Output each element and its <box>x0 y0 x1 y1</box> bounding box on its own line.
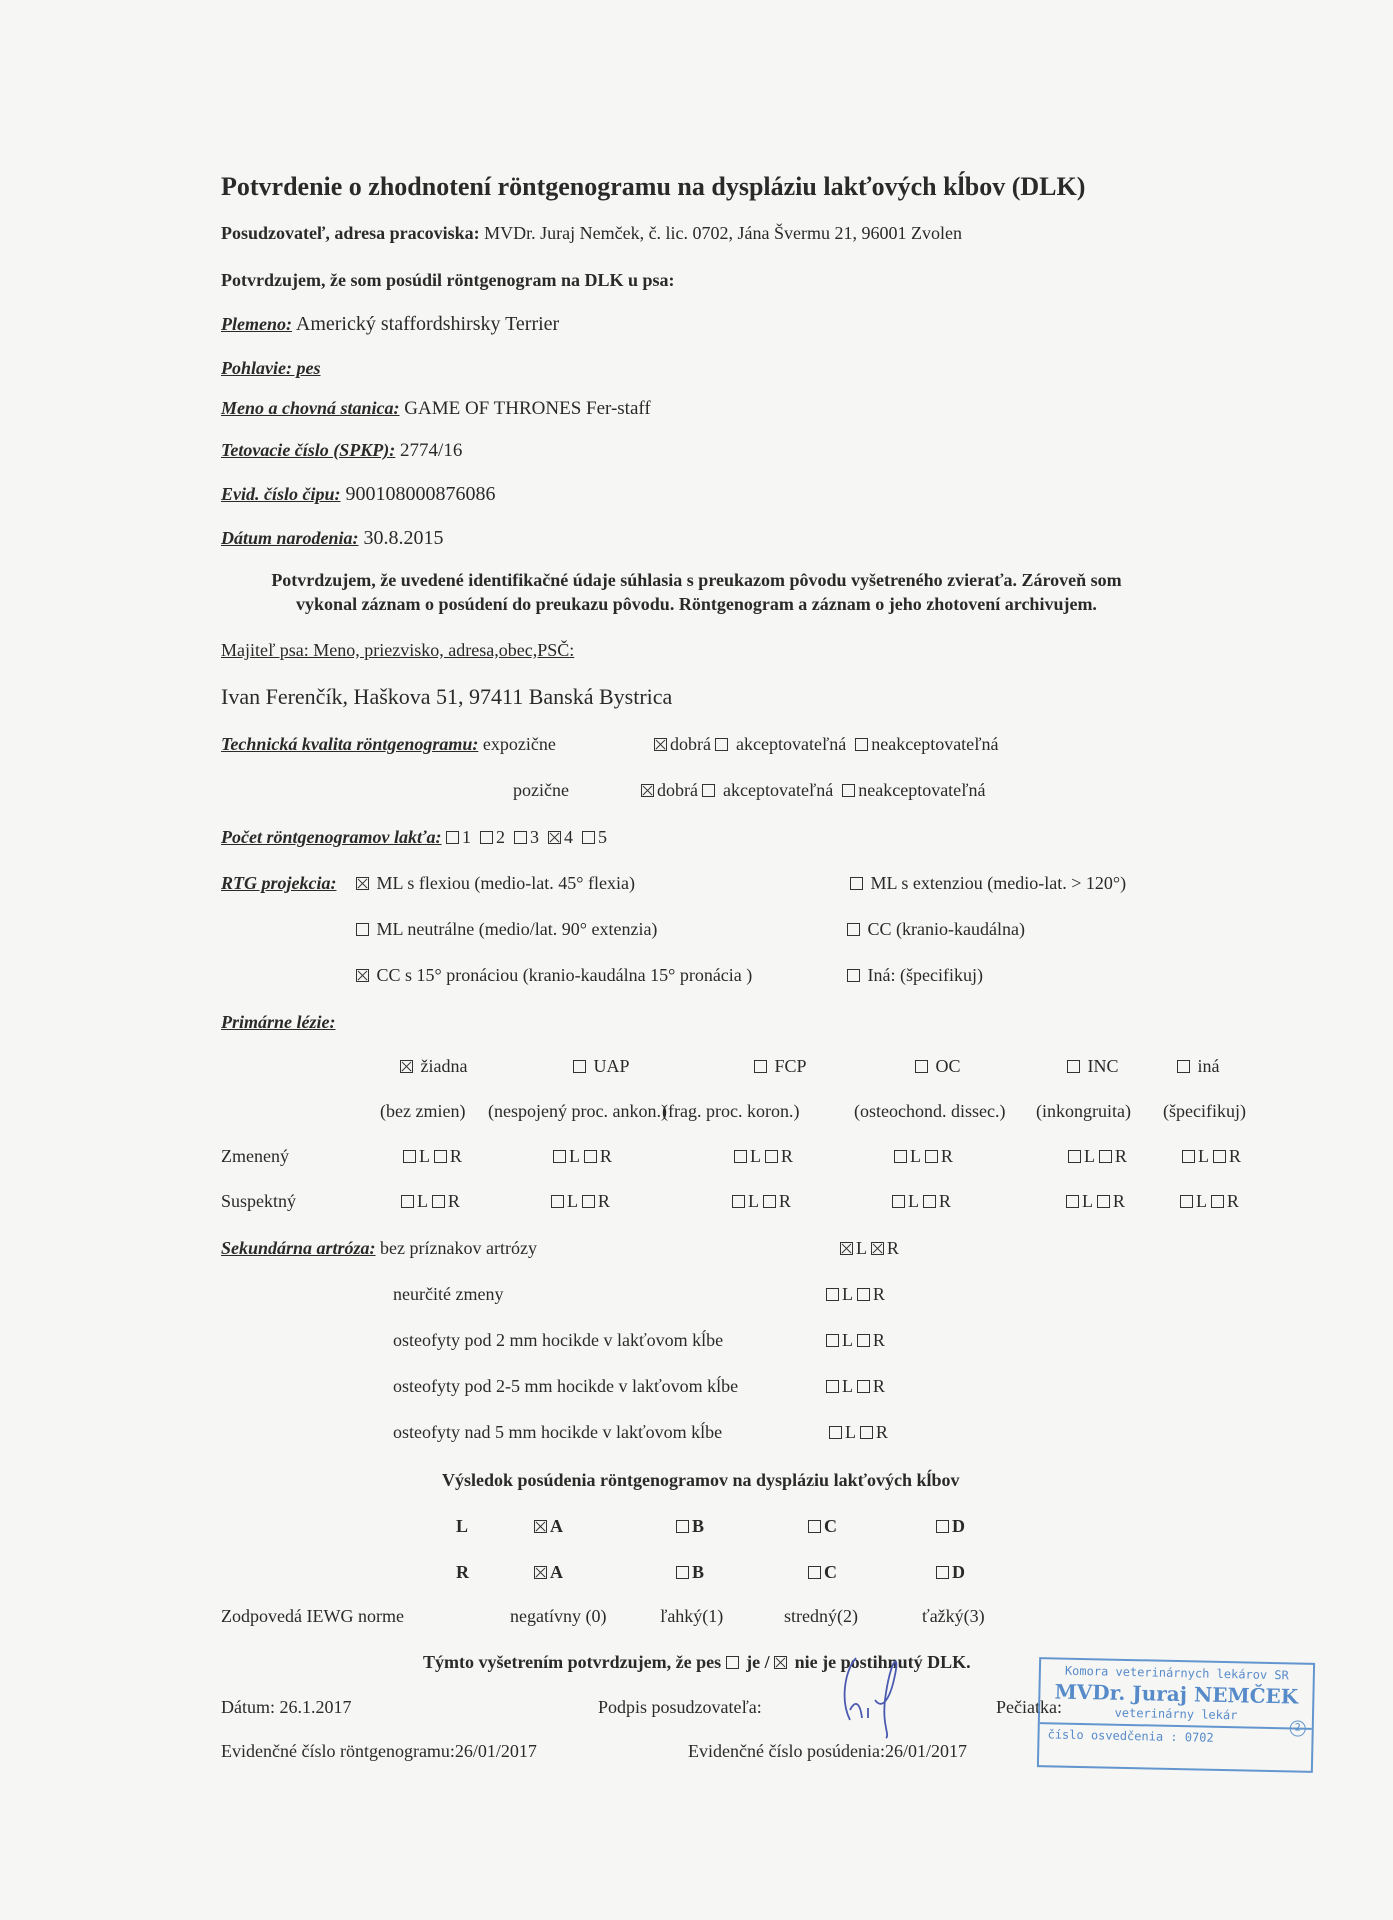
grade-label: B <box>692 1516 704 1536</box>
lesion-lr: L R <box>1180 1191 1239 1212</box>
checkbox-R[interactable] <box>860 1426 873 1439</box>
count-label-4: 4 <box>564 827 582 847</box>
grade-label: B <box>692 1562 704 1582</box>
R-label: R <box>450 1146 462 1166</box>
grade-checkbox-B[interactable] <box>676 1520 689 1533</box>
checkbox-R[interactable] <box>765 1150 778 1163</box>
checkbox-R[interactable] <box>432 1195 445 1208</box>
checkbox[interactable] <box>842 784 855 797</box>
checkbox-R[interactable] <box>857 1288 870 1301</box>
checkbox-R[interactable] <box>871 1242 884 1255</box>
grade-checkbox-A[interactable] <box>534 1520 547 1533</box>
lesions-label: Primárne lézie: <box>221 1012 336 1033</box>
arthrosis-row-label: osteofyty nad 5 mm hocikde v lakťovom kĺ… <box>393 1422 722 1443</box>
R-label: R <box>873 1330 885 1350</box>
R-label: R <box>873 1376 885 1396</box>
count-label-3: 3 <box>530 827 548 847</box>
lesion-lr: L R <box>551 1191 610 1212</box>
count-checkbox-5[interactable] <box>582 831 595 844</box>
lesion-checkbox[interactable] <box>915 1060 928 1073</box>
result-side: R <box>456 1562 469 1583</box>
L-label: L <box>1084 1146 1099 1166</box>
checkbox-L[interactable] <box>829 1426 842 1439</box>
checkbox-affected[interactable] <box>726 1656 739 1669</box>
lesion-option: OC <box>915 1056 961 1077</box>
confirm-intro: Potvrdzujem, že som posúdil röntgenogram… <box>221 270 675 291</box>
checkbox-R[interactable] <box>925 1150 938 1163</box>
checkbox-R[interactable] <box>1099 1150 1112 1163</box>
breed-value: Americký staffordshirsky Terrier <box>292 313 559 335</box>
checkbox-L[interactable] <box>894 1150 907 1163</box>
lesion-lr: L R <box>1182 1146 1241 1167</box>
grade-checkbox-B[interactable] <box>676 1566 689 1579</box>
lesion-lr: L R <box>892 1191 951 1212</box>
lesion-checkbox[interactable] <box>754 1060 767 1073</box>
checkbox[interactable] <box>847 969 860 982</box>
L-label: L <box>845 1422 860 1442</box>
checkbox-L[interactable] <box>1066 1195 1079 1208</box>
lesion-option: FCP <box>754 1056 807 1077</box>
checkbox[interactable] <box>654 738 667 751</box>
document-title: Potvrdenie o zhodnotení röntgenogramu na… <box>221 172 1085 202</box>
lesion-lr: L R <box>401 1191 460 1212</box>
projection-opt-right-1: CC (kranio-kaudálna) <box>847 919 1025 940</box>
lesion-label: iná <box>1193 1056 1220 1076</box>
result-grade: D <box>936 1516 965 1537</box>
count-checkbox-3[interactable] <box>514 831 527 844</box>
L-label: L <box>856 1238 871 1258</box>
date: Dátum: 26.1.2017 <box>221 1697 352 1718</box>
lesion-checkbox[interactable] <box>573 1060 586 1073</box>
iewg-grade: ľahký(1) <box>660 1606 723 1627</box>
result-grade: C <box>808 1562 837 1583</box>
grade-label: A <box>550 1562 563 1582</box>
count-label: Počet röntgenogramov lakťa: <box>221 827 442 847</box>
L-label: L <box>1196 1191 1211 1211</box>
R-label: R <box>779 1191 791 1211</box>
arthrosis-row-label: osteofyty pod 2 mm hocikde v lakťovom kĺ… <box>393 1330 723 1351</box>
checkbox-L[interactable] <box>553 1150 566 1163</box>
grade-checkbox-D[interactable] <box>936 1520 949 1533</box>
checkbox-L[interactable] <box>551 1195 564 1208</box>
evaluation-number: Evidenčné číslo posúdenia:26/01/2017 <box>688 1741 967 1762</box>
evaluator-label: Posudzovateľ, adresa pracoviska: <box>221 223 480 243</box>
dob-field: Dátum narodenia: 30.8.2015 <box>221 527 444 550</box>
lesion-desc: (nespojený proc. ankon.) <box>488 1101 667 1122</box>
lesion-desc: (špecifikuj) <box>1163 1101 1246 1122</box>
checkbox-R[interactable] <box>857 1380 870 1393</box>
checkbox[interactable] <box>356 923 369 936</box>
iewg-grade: ťažký(3) <box>922 1606 985 1627</box>
checkbox-L[interactable] <box>401 1195 414 1208</box>
name-label: Meno a chovná stanica: <box>221 398 400 418</box>
arthrosis-row-label: neurčité zmeny <box>393 1284 503 1305</box>
R-label: R <box>1115 1146 1127 1166</box>
checkbox-R[interactable] <box>434 1150 447 1163</box>
sex-label: Pohlavie: pes <box>221 358 320 378</box>
grade-checkbox-C[interactable] <box>808 1520 821 1533</box>
statement-line-2: vykonal záznam o posúdení do preukazu pô… <box>0 594 1393 615</box>
arthrosis-lr: L R <box>826 1376 885 1397</box>
quality-row-position: pozične <box>513 780 569 801</box>
lesion-lr: L R <box>894 1146 953 1167</box>
R-label: R <box>939 1191 951 1211</box>
result-title: Výsledok posúdenia röntgenogramov na dys… <box>442 1470 959 1491</box>
L-label: L <box>1198 1146 1213 1166</box>
checkbox-L[interactable] <box>840 1242 853 1255</box>
L-label: L <box>842 1284 857 1304</box>
projection-label: RTG projekcia: <box>221 873 336 894</box>
checkbox-R[interactable] <box>923 1195 936 1208</box>
checkbox-L[interactable] <box>403 1150 416 1163</box>
checkbox-R[interactable] <box>582 1195 595 1208</box>
L-label: L <box>910 1146 925 1166</box>
L-label: L <box>842 1376 857 1396</box>
L-label: L <box>908 1191 923 1211</box>
lesion-lr: L R <box>734 1146 793 1167</box>
R-label: R <box>1227 1191 1239 1211</box>
quality-options-exposure: dobrá akceptovateľná neakceptovateľná <box>654 734 998 755</box>
count-label-1: 1 <box>462 827 480 847</box>
arthrosis-label: Sekundárna artróza: bez príznakov artróz… <box>221 1238 537 1259</box>
lesion-option: INC <box>1067 1056 1119 1077</box>
projection-opt-left-2: CC s 15° pronáciou (kranio-kaudálna 15° … <box>356 965 752 986</box>
name-value: GAME OF THRONES Fer-staff <box>400 398 651 419</box>
result-grade: B <box>676 1516 704 1537</box>
checkbox[interactable] <box>702 784 715 797</box>
lesion-desc: (bez zmien) <box>380 1101 465 1122</box>
checkbox[interactable] <box>715 738 728 751</box>
lesion-lr: L R <box>403 1146 462 1167</box>
lesion-label: FCP <box>770 1056 807 1076</box>
veterinary-stamp: Komora veterinárnych lekárov SR MVDr. Ju… <box>1037 1657 1315 1773</box>
arthrosis-lr: L R <box>826 1330 885 1351</box>
evaluator-line: Posudzovateľ, adresa pracoviska: MVDr. J… <box>221 223 962 244</box>
lesion-label: žiadna <box>416 1056 467 1076</box>
quality-options-position: dobrá akceptovateľná neakceptovateľná <box>641 780 985 801</box>
projection-opt-right-0: ML s extenziou (medio-lat. > 120°) <box>850 873 1126 894</box>
lesion-lr: L R <box>553 1146 612 1167</box>
checkbox-R[interactable] <box>1213 1150 1226 1163</box>
lesion-checkbox[interactable] <box>1177 1060 1190 1073</box>
L-label: L <box>569 1146 584 1166</box>
checkbox-R[interactable] <box>1097 1195 1110 1208</box>
lesion-label: OC <box>931 1056 961 1076</box>
owner-value: Ivan Ferenčík, Haškova 51, 97411 Banská … <box>221 684 672 710</box>
grade-label: C <box>824 1516 837 1536</box>
quality-row-name: expozične <box>483 734 556 754</box>
projection-opt-left-1: ML neutrálne (medio/lat. 90° extenzia) <box>356 919 657 940</box>
statement-line-1: Potvrdzujem, že uvedené identifikačné úd… <box>0 570 1393 591</box>
count-label-5: 5 <box>598 827 616 847</box>
R-label: R <box>1113 1191 1125 1211</box>
R-label: R <box>598 1191 610 1211</box>
grade-label: C <box>824 1562 837 1582</box>
lesion-lr: L R <box>1066 1191 1125 1212</box>
grade-label: D <box>952 1516 965 1536</box>
L-label: L <box>750 1146 765 1166</box>
quality-label: Technická kvalita röntgenogramu: <box>221 734 478 754</box>
count-checkbox-4[interactable] <box>548 831 561 844</box>
lesion-option: UAP <box>573 1056 630 1077</box>
sex-field: Pohlavie: pes <box>221 358 320 379</box>
checkbox[interactable] <box>847 923 860 936</box>
lesion-label: INC <box>1083 1056 1119 1076</box>
checkbox[interactable] <box>850 877 863 890</box>
result-side: L <box>456 1516 468 1537</box>
projection-opt-right-2: Iná: (špecifikuj) <box>847 965 983 986</box>
result-grade: C <box>808 1516 837 1537</box>
dob-value: 30.8.2015 <box>359 527 444 549</box>
R-label: R <box>448 1191 460 1211</box>
tattoo-label: Tetovacie číslo (SPKP): <box>221 440 395 460</box>
chip-field: Evid. číslo čipu: 900108000876086 <box>221 483 496 506</box>
lesion-lr: L R <box>1068 1146 1127 1167</box>
grade-checkbox-C[interactable] <box>808 1566 821 1579</box>
lesion-option: iná <box>1177 1056 1220 1077</box>
arthrosis-lr: L R <box>826 1284 885 1305</box>
checkbox-L[interactable] <box>892 1195 905 1208</box>
R-label: R <box>876 1422 888 1442</box>
signature-label: Podpis posudzovateľa: <box>598 1697 762 1718</box>
R-label: R <box>887 1238 899 1258</box>
result-grade: A <box>534 1562 563 1583</box>
lesion-row-label: Suspektný <box>221 1191 296 1212</box>
checkbox-L[interactable] <box>826 1380 839 1393</box>
R-label: R <box>600 1146 612 1166</box>
lesion-desc: (inkongruita) <box>1036 1101 1131 1122</box>
L-label: L <box>842 1330 857 1350</box>
R-label: R <box>1229 1146 1241 1166</box>
quality-label-row: Technická kvalita röntgenogramu: expozič… <box>221 734 556 755</box>
checkbox-L[interactable] <box>734 1150 747 1163</box>
chip-label: Evid. číslo čipu: <box>221 484 341 504</box>
grade-checkbox-A[interactable] <box>534 1566 547 1579</box>
lesion-option: žiadna <box>400 1056 467 1077</box>
iewg-grade: stredný(2) <box>784 1606 858 1627</box>
tattoo-field: Tetovacie číslo (SPKP): 2774/16 <box>221 440 462 462</box>
lesion-desc: (osteochond. dissec.) <box>854 1101 1005 1122</box>
L-label: L <box>567 1191 582 1211</box>
checkbox[interactable] <box>641 784 654 797</box>
count-row: Počet röntgenogramov lakťa: 1 2 3 4 5 <box>221 827 616 848</box>
R-label: R <box>941 1146 953 1166</box>
checkbox-L[interactable] <box>826 1334 839 1347</box>
count-label-2: 2 <box>496 827 514 847</box>
L-label: L <box>417 1191 432 1211</box>
checkbox-L[interactable] <box>826 1288 839 1301</box>
iewg-label: Zodpovedá IEWG norme <box>221 1606 404 1627</box>
checkbox-L[interactable] <box>1180 1195 1193 1208</box>
result-grade: B <box>676 1562 704 1583</box>
lesion-label: UAP <box>589 1056 630 1076</box>
count-checkbox-2[interactable] <box>480 831 493 844</box>
tattoo-value: 2774/16 <box>395 440 462 461</box>
checkbox-L[interactable] <box>732 1195 745 1208</box>
arthrosis-row-label: osteofyty pod 2-5 mm hocikde v lakťovom … <box>393 1376 738 1397</box>
grade-label: D <box>952 1562 965 1582</box>
lesion-checkbox[interactable] <box>1067 1060 1080 1073</box>
breed-field: Plemeno: Americký staffordshirsky Terrie… <box>221 313 559 336</box>
signature-icon <box>820 1640 930 1740</box>
L-label: L <box>419 1146 434 1166</box>
R-label: R <box>781 1146 793 1166</box>
xray-number: Evidenčné číslo röntgenogramu:26/01/2017 <box>221 1741 537 1762</box>
R-label: R <box>873 1284 885 1304</box>
iewg-grade: negatívny (0) <box>510 1606 606 1627</box>
checkbox-L[interactable] <box>1182 1150 1195 1163</box>
checkbox-R[interactable] <box>1211 1195 1224 1208</box>
result-grade: A <box>534 1516 563 1537</box>
checkbox-R[interactable] <box>857 1334 870 1347</box>
lesion-lr: L R <box>732 1191 791 1212</box>
dob-label: Dátum narodenia: <box>221 528 359 548</box>
checkbox-R[interactable] <box>584 1150 597 1163</box>
evaluator-value: MVDr. Juraj Nemček, č. lic. 0702, Jána Š… <box>480 223 962 243</box>
checkbox-R[interactable] <box>763 1195 776 1208</box>
name-field: Meno a chovná stanica: GAME OF THRONES F… <box>221 398 651 420</box>
L-label: L <box>748 1191 763 1211</box>
chip-value: 900108000876086 <box>341 483 496 505</box>
checkbox[interactable] <box>855 738 868 751</box>
arthrosis-lr: L R <box>829 1422 888 1443</box>
projection-opt-left-0: ML s flexiou (medio-lat. 45° flexia) <box>356 873 635 894</box>
L-label: L <box>1082 1191 1097 1211</box>
checkbox-L[interactable] <box>1068 1150 1081 1163</box>
count-checkbox-1[interactable] <box>446 831 459 844</box>
result-grade: D <box>936 1562 965 1583</box>
grade-checkbox-D[interactable] <box>936 1566 949 1579</box>
owner-label: Majiteľ psa: Meno, priezvisko, adresa,ob… <box>221 640 574 661</box>
lesion-checkbox[interactable] <box>400 1060 413 1073</box>
lesion-row-label: Zmenený <box>221 1146 289 1167</box>
grade-label: A <box>550 1516 563 1536</box>
arthrosis-lr: L R <box>840 1238 899 1259</box>
lesion-desc: (frag. proc. koron.) <box>662 1101 799 1122</box>
checkbox[interactable] <box>356 969 369 982</box>
breed-label: Plemeno: <box>221 314 292 334</box>
checkbox-not-affected[interactable] <box>774 1656 787 1669</box>
checkbox[interactable] <box>356 877 369 890</box>
